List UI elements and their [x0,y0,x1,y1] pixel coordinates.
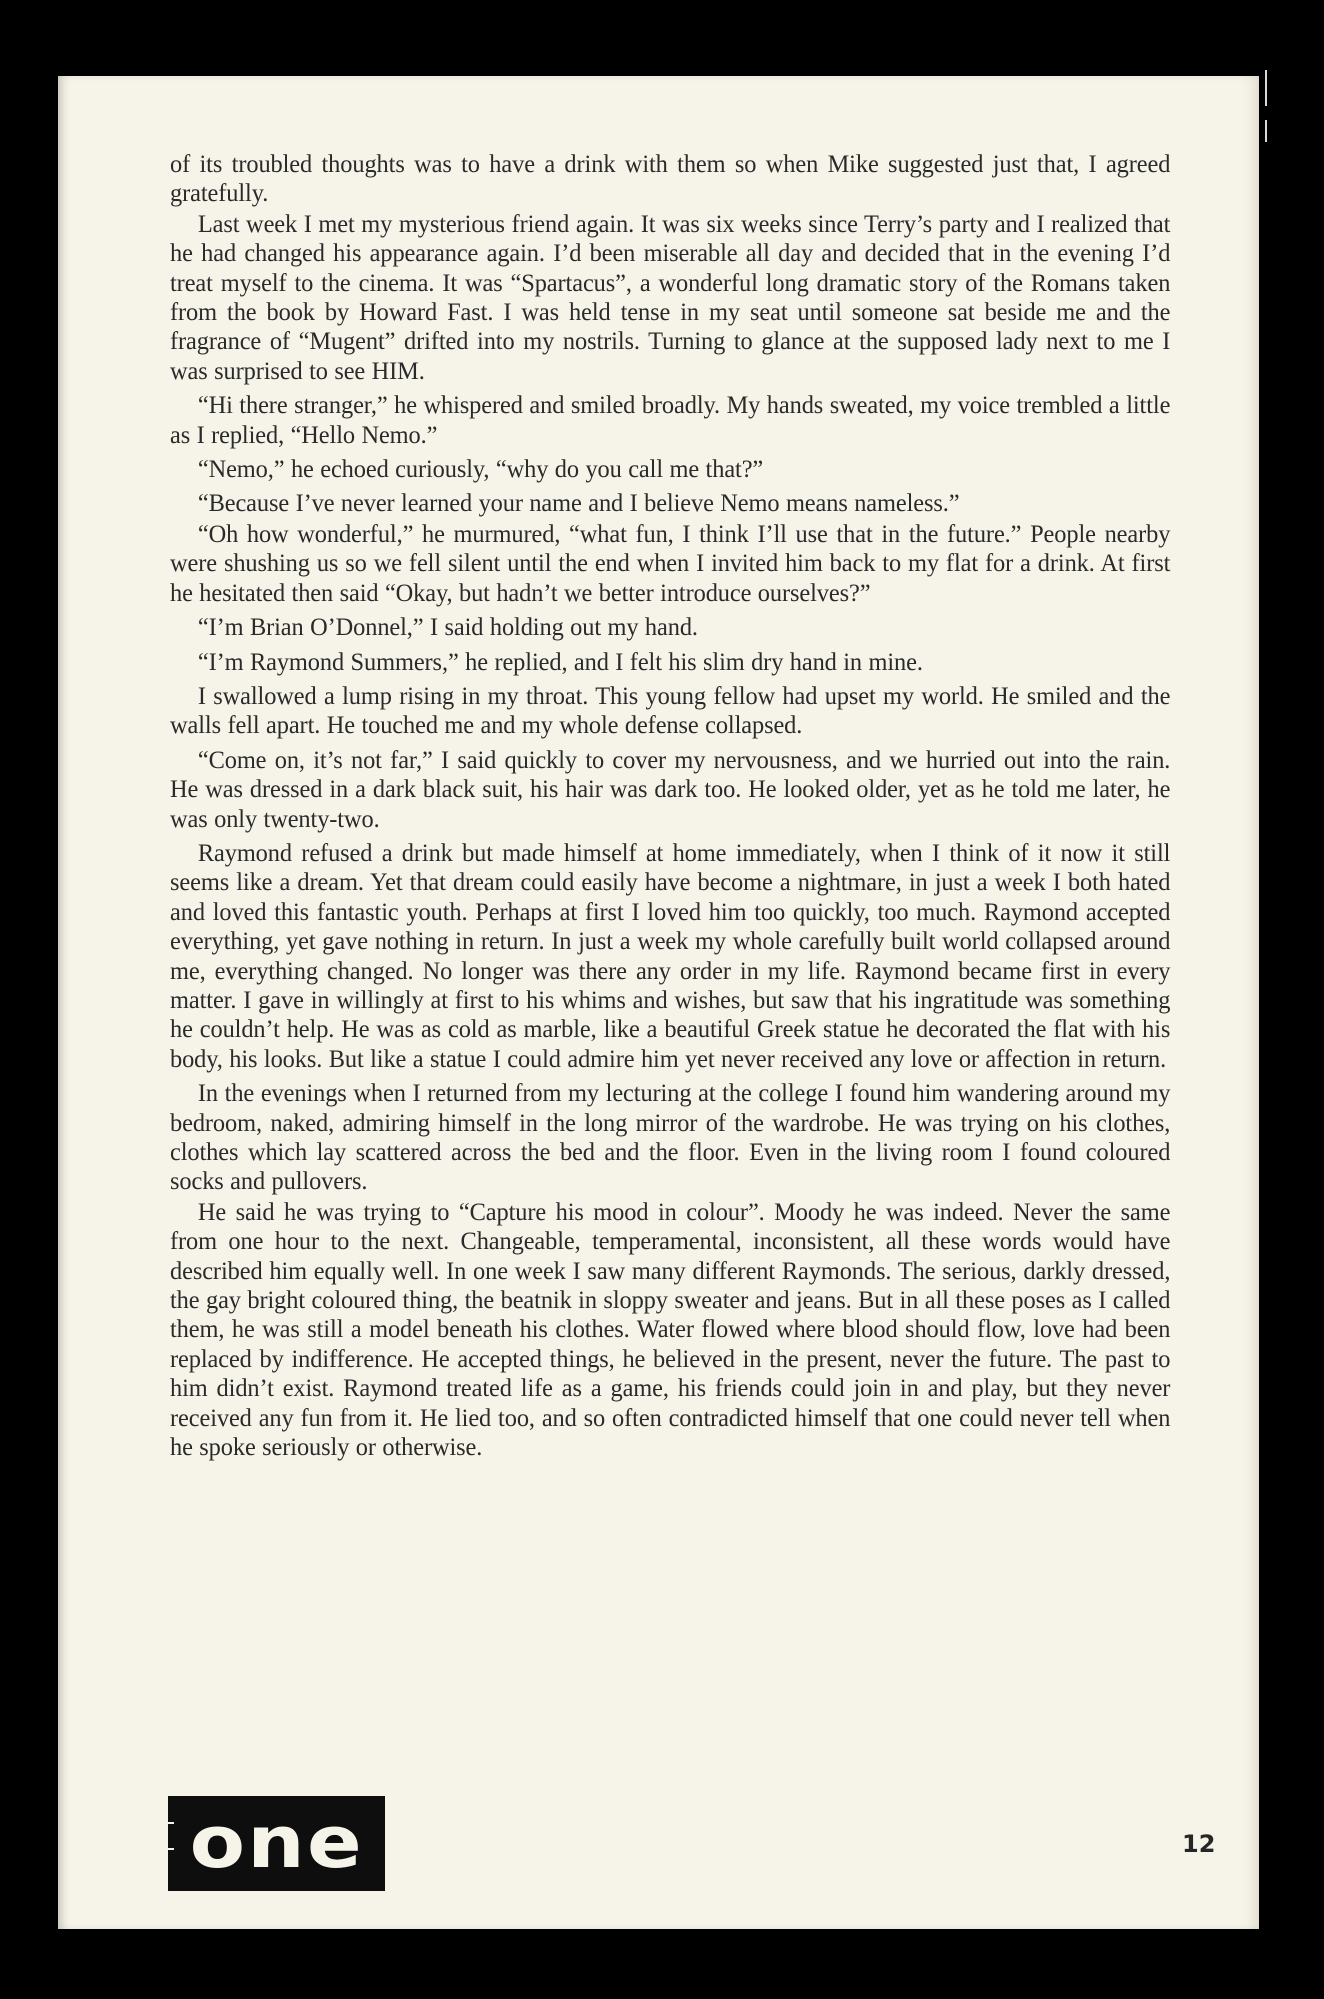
paragraph: “I’m Brian O’Donnel,” I said holding out… [170,613,1170,642]
paragraph: “Nemo,” he echoed curiously, “why do you… [170,455,1170,484]
paragraph: “Because I’ve never learned your name an… [170,489,1170,518]
edge-mark [1265,120,1267,142]
paragraph: Last week I met my mysterious friend aga… [170,210,1170,386]
page-edge-marks [1265,70,1268,190]
magazine-logo: one [168,1796,385,1891]
paragraph: He said he was trying to “Capture his mo… [170,1198,1170,1463]
article-body: of its troubled thoughts was to have a d… [170,150,1170,1467]
page-number: 12 [1182,1830,1215,1858]
paragraph: “Come on, it’s not far,” I said quickly … [170,746,1170,834]
paragraph: “I’m Raymond Summers,” he replied, and I… [170,648,1170,677]
paragraph: In the evenings when I returned from my … [170,1079,1170,1197]
paragraph: “Hi there stranger,” he whispered and sm… [170,391,1170,450]
paragraph: Raymond refused a drink but made himself… [170,839,1170,1074]
paragraph: I swallowed a lump rising in my throat. … [170,682,1170,741]
logo-text: one [189,1806,363,1878]
paragraph: “Oh how wonderful,” he murmured, “what f… [170,520,1170,608]
paragraph: of its troubled thoughts was to have a d… [170,150,1170,209]
logo-tick-mark [168,1822,174,1850]
edge-mark [1265,70,1267,106]
